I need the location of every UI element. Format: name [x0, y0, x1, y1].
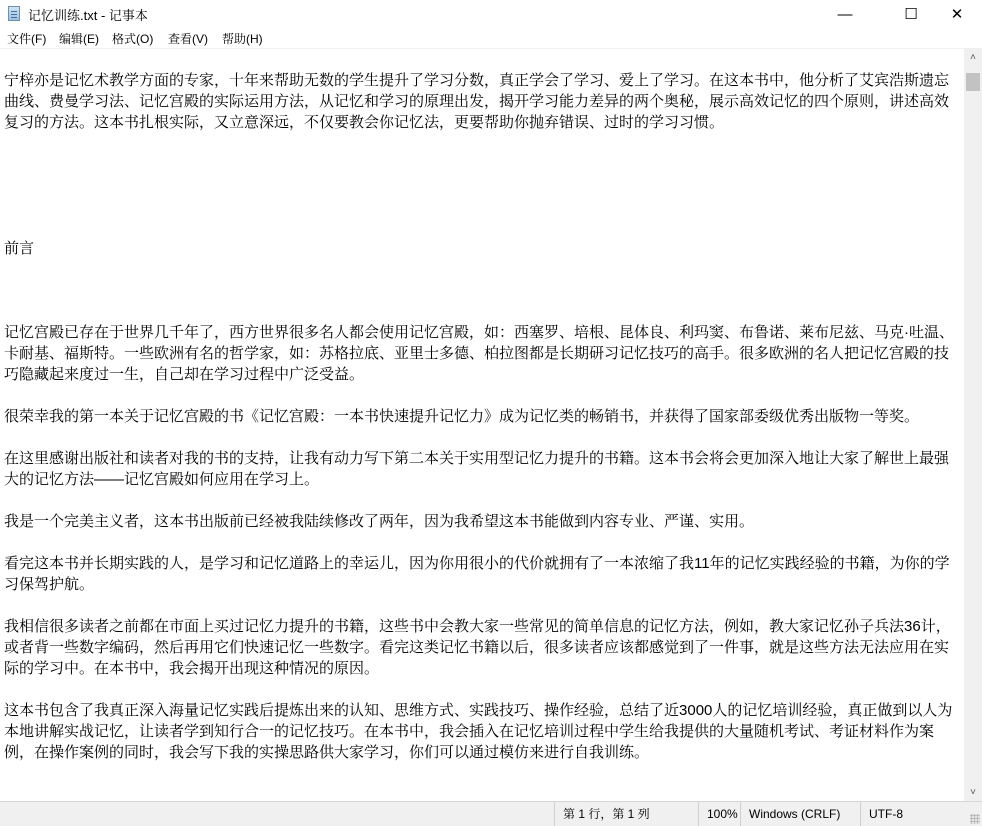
document-text[interactable]: 宁梓亦是记忆术教学方面的专家，十年来帮助无数的学生提升了学习分数，真正学会了学习…: [4, 70, 954, 763]
encoding: UTF-8: [860, 802, 982, 826]
status-bar: 第 1 行，第 1 列 100% Windows (CRLF) UTF-8: [0, 801, 982, 826]
title-bar[interactable]: 记忆训练.txt - 记事本 — ☐ ✕: [0, 0, 982, 28]
line-ending: Windows (CRLF): [740, 802, 860, 826]
minimize-button[interactable]: —: [822, 0, 868, 28]
menu-format[interactable]: 格式(O): [112, 30, 153, 47]
menu-file[interactable]: 文件(F): [7, 30, 46, 47]
resize-grip-icon[interactable]: [970, 814, 980, 824]
menu-view[interactable]: 查看(V): [168, 30, 208, 47]
zoom-level: 100%: [698, 802, 740, 826]
text-editor[interactable]: 宁梓亦是记忆术教学方面的专家，十年来帮助无数的学生提升了学习分数，真正学会了学习…: [0, 49, 964, 801]
maximize-button[interactable]: ☐: [888, 0, 934, 28]
scroll-up-icon[interactable]: ˄: [964, 49, 982, 66]
scroll-thumb[interactable]: [966, 73, 980, 91]
scroll-down-icon[interactable]: ˅: [964, 784, 982, 801]
window-title: 记忆训练.txt - 记事本: [28, 5, 148, 24]
menu-bar: 文件(F) 编辑(E) 格式(O) 查看(V) 帮助(H): [0, 28, 982, 49]
menu-help[interactable]: 帮助(H): [222, 30, 263, 47]
cursor-position: 第 1 行，第 1 列: [554, 802, 698, 826]
notepad-icon: [8, 6, 20, 21]
close-button[interactable]: ✕: [934, 0, 980, 28]
vertical-scrollbar[interactable]: ˄ ˅: [964, 49, 982, 801]
menu-edit[interactable]: 编辑(E): [59, 30, 99, 47]
